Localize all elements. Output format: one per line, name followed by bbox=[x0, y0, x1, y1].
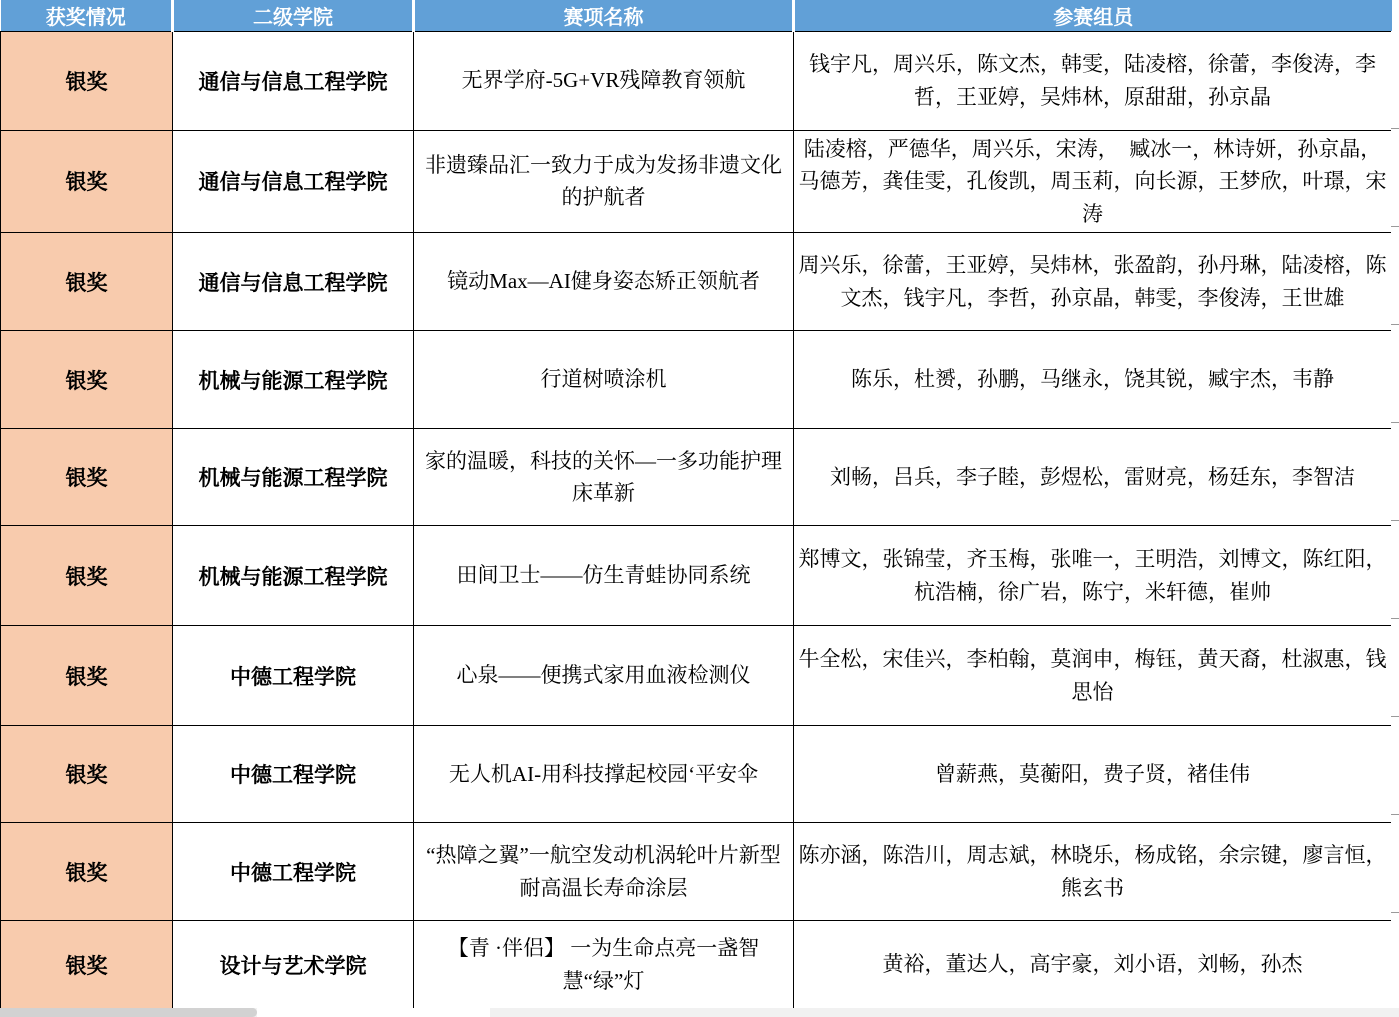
table-row: 银奖 通信与信息工程学院 镜动Max—AI健身姿态矫正领航者 周兴乐，徐蕾，王亚… bbox=[1, 233, 1392, 331]
college-cell: 中德工程学院 bbox=[173, 726, 414, 823]
award-cell: 银奖 bbox=[1, 526, 173, 626]
project-cell: 无界学府-5G+VR残障教育领航 bbox=[414, 31, 794, 130]
award-cell: 银奖 bbox=[1, 31, 173, 130]
scrollbar-thumb[interactable] bbox=[0, 1008, 257, 1017]
members-cell: 钱宇凡，周兴乐，陈文杰，韩雯，陆凌榕，徐蕾，李俊涛，李哲，王亚婷，吴炜林，原甜甜… bbox=[794, 31, 1392, 130]
awards-table: 获奖情况 二级学院 赛项名称 参赛组员 银奖 通信与信息工程学院 无界学府-5G… bbox=[0, 0, 1392, 1009]
spreadsheet-area: 获奖情况 二级学院 赛项名称 参赛组员 银奖 通信与信息工程学院 无界学府-5G… bbox=[0, 0, 1399, 1008]
members-cell: 陆凌榕，严德华，周兴乐，宋涛， 臧冰一，林诗妍，孙京晶，马德芳，龚佳雯，孔俊凯，… bbox=[794, 130, 1392, 233]
members-cell: 周兴乐，徐蕾，王亚婷，吴炜林，张盈韵，孙丹琳，陆凌榕，陈文杰，钱宇凡，李哲，孙京… bbox=[794, 233, 1392, 331]
project-cell: 无人机AI-用科技撑起校园‘平安伞 bbox=[414, 726, 794, 823]
project-cell: 【青 ·伴侣】 一为生命点亮一盏智慧“绿”灯 bbox=[414, 921, 794, 1009]
project-cell: 非遗臻品汇一致力于成为发扬非遗文化的护航者 bbox=[414, 130, 794, 233]
header-award-status: 获奖情况 bbox=[1, 0, 173, 31]
college-cell: 中德工程学院 bbox=[173, 626, 414, 726]
members-cell: 陈乐，杜赟，孙鹏，马继永，饶其锐，臧宇杰，韦静 bbox=[794, 331, 1392, 429]
college-cell: 通信与信息工程学院 bbox=[173, 233, 414, 331]
table-row: 银奖 中德工程学院 “热障之翼”一航空发动机涡轮叶片新型耐高温长寿命涂层 陈亦涵… bbox=[1, 823, 1392, 921]
horizontal-scrollbar[interactable] bbox=[0, 1008, 1399, 1017]
members-cell: 刘畅，吕兵，李子睦，彭煜松，雷财亮，杨廷东，李智洁 bbox=[794, 429, 1392, 526]
project-cell: 家的温暖，科技的关怀—一多功能护理床革新 bbox=[414, 429, 794, 526]
table-row: 银奖 中德工程学院 无人机AI-用科技撑起校园‘平安伞 曾薪燕，莫蘅阳，费子贤，… bbox=[1, 726, 1392, 823]
table-row: 银奖 机械与能源工程学院 行道树喷涂机 陈乐，杜赟，孙鹏，马继永，饶其锐，臧宇杰… bbox=[1, 331, 1392, 429]
header-project-name: 赛项名称 bbox=[414, 0, 794, 31]
award-cell: 银奖 bbox=[1, 130, 173, 233]
table-row: 银奖 设计与艺术学院 【青 ·伴侣】 一为生命点亮一盏智慧“绿”灯 黄裕，董达人… bbox=[1, 921, 1392, 1009]
college-cell: 机械与能源工程学院 bbox=[173, 429, 414, 526]
award-cell: 银奖 bbox=[1, 726, 173, 823]
project-cell: 行道树喷涂机 bbox=[414, 331, 794, 429]
award-cell: 银奖 bbox=[1, 626, 173, 726]
table-header-row: 获奖情况 二级学院 赛项名称 参赛组员 bbox=[1, 0, 1392, 31]
header-college: 二级学院 bbox=[173, 0, 414, 31]
header-team-members: 参赛组员 bbox=[794, 0, 1392, 31]
award-cell: 银奖 bbox=[1, 823, 173, 921]
project-cell: 田间卫士——仿生青蛙协同系统 bbox=[414, 526, 794, 626]
college-cell: 机械与能源工程学院 bbox=[173, 526, 414, 626]
members-cell: 曾薪燕，莫蘅阳，费子贤，褚佳伟 bbox=[794, 726, 1392, 823]
project-cell: “热障之翼”一航空发动机涡轮叶片新型耐高温长寿命涂层 bbox=[414, 823, 794, 921]
table-row: 银奖 通信与信息工程学院 无界学府-5G+VR残障教育领航 钱宇凡，周兴乐，陈文… bbox=[1, 31, 1392, 130]
award-cell: 银奖 bbox=[1, 233, 173, 331]
college-cell: 设计与艺术学院 bbox=[173, 921, 414, 1009]
award-cell: 银奖 bbox=[1, 921, 173, 1009]
college-cell: 通信与信息工程学院 bbox=[173, 31, 414, 130]
members-cell: 郑博文，张锦莹，齐玉梅，张唯一，王明浩，刘博文，陈红阳，杭浩楠，徐广岩，陈宁，米… bbox=[794, 526, 1392, 626]
members-cell: 陈亦涵，陈浩川，周志斌，林晓乐，杨成铭，余宗键，廖言恒，熊玄书 bbox=[794, 823, 1392, 921]
college-cell: 中德工程学院 bbox=[173, 823, 414, 921]
college-cell: 机械与能源工程学院 bbox=[173, 331, 414, 429]
cutoff-column-sliver bbox=[1391, 31, 1399, 1008]
table-row: 银奖 中德工程学院 心泉——便携式家用血液检测仪 牛全松，宋佳兴，李柏翰，莫润申… bbox=[1, 626, 1392, 726]
award-cell: 银奖 bbox=[1, 331, 173, 429]
members-cell: 黄裕，董达人，高宇豪，刘小语，刘畅，孙杰 bbox=[794, 921, 1392, 1009]
table-row: 银奖 机械与能源工程学院 田间卫士——仿生青蛙协同系统 郑博文，张锦莹，齐玉梅，… bbox=[1, 526, 1392, 626]
members-cell: 牛全松，宋佳兴，李柏翰，莫润申，梅钰，黄天裔，杜淑惠，钱思怡 bbox=[794, 626, 1392, 726]
award-cell: 银奖 bbox=[1, 429, 173, 526]
table-row: 银奖 通信与信息工程学院 非遗臻品汇一致力于成为发扬非遗文化的护航者 陆凌榕，严… bbox=[1, 130, 1392, 233]
college-cell: 通信与信息工程学院 bbox=[173, 130, 414, 233]
project-cell: 心泉——便携式家用血液检测仪 bbox=[414, 626, 794, 726]
project-cell: 镜动Max—AI健身姿态矫正领航者 bbox=[414, 233, 794, 331]
table-row: 银奖 机械与能源工程学院 家的温暖，科技的关怀—一多功能护理床革新 刘畅，吕兵，… bbox=[1, 429, 1392, 526]
scrollbar-gap bbox=[257, 1008, 490, 1017]
